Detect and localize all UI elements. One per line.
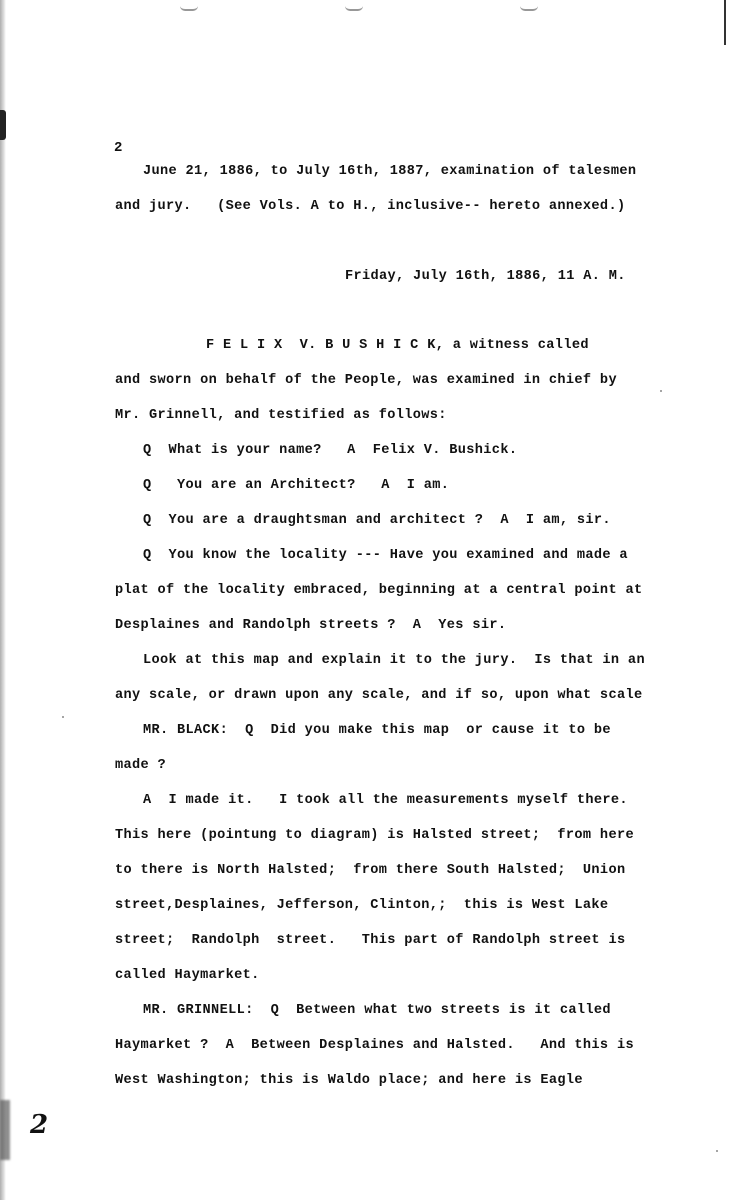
scan-artifact (716, 1150, 718, 1152)
transcript-line: called Haymarket. (115, 968, 260, 984)
question-answer-line: Q You know the locality --- Have you exa… (143, 548, 628, 564)
transcript-line: plat of the locality embraced, beginning… (115, 583, 642, 599)
handwritten-page-number: 2 (30, 1110, 48, 1140)
transcript-line: This here (pointung to diagram) is Halst… (115, 828, 634, 844)
typed-page-number: 2 (114, 140, 122, 156)
page-right-edge-mark (724, 0, 726, 45)
typed-transcript-page: 2 June 21, 1886, to July 16th, 1887, exa… (0, 0, 741, 1200)
transcript-line: made ? (115, 758, 166, 774)
scan-artifact (62, 716, 64, 718)
transcript-line: MR. GRINNELL: Q Between what two streets… (143, 1003, 611, 1019)
scan-artifact (520, 6, 538, 11)
transcript-line: West Washington; this is Waldo place; an… (115, 1073, 583, 1089)
scan-artifact (180, 6, 198, 11)
scan-artifact (660, 390, 662, 392)
transcript-line: to there is North Halsted; from there So… (115, 863, 625, 879)
question-answer-line: Q What is your name? A Felix V. Bushick. (143, 443, 517, 459)
transcript-line: Mr. Grinnell, and testified as follows: (115, 408, 447, 424)
transcript-line: and sworn on behalf of the People, was e… (115, 373, 617, 389)
transcript-line: MR. BLACK: Q Did you make this map or ca… (143, 723, 611, 739)
session-date-line: Friday, July 16th, 1886, 11 A. M. (345, 269, 626, 285)
page-left-edge-shadow (0, 0, 6, 1200)
transcript-line: Haymarket ? A Between Desplaines and Hal… (115, 1038, 634, 1054)
scan-artifact (345, 6, 363, 11)
transcript-line: street,Desplaines, Jefferson, Clinton,; … (115, 898, 608, 914)
transcript-line: any scale, or drawn upon any scale, and … (115, 688, 642, 704)
question-answer-line: Q You are a draughtsman and architect ? … (143, 513, 611, 529)
transcript-line: Desplaines and Randolph streets ? A Yes … (115, 618, 506, 634)
transcript-line: June 21, 1886, to July 16th, 1887, exami… (143, 164, 636, 180)
binding-mark (0, 110, 6, 140)
transcript-line: street; Randolph street. This part of Ra… (115, 933, 625, 949)
transcript-line: A I made it. I took all the measurements… (143, 793, 628, 809)
transcript-line: Look at this map and explain it to the j… (143, 653, 645, 669)
question-answer-line: Q You are an Architect? A I am. (143, 478, 449, 494)
transcript-line: and jury. (See Vols. A to H., inclusive-… (115, 199, 625, 215)
witness-heading-line: F E L I X V. B U S H I C K, a witness ca… (206, 338, 589, 354)
binding-mark (0, 1100, 10, 1160)
